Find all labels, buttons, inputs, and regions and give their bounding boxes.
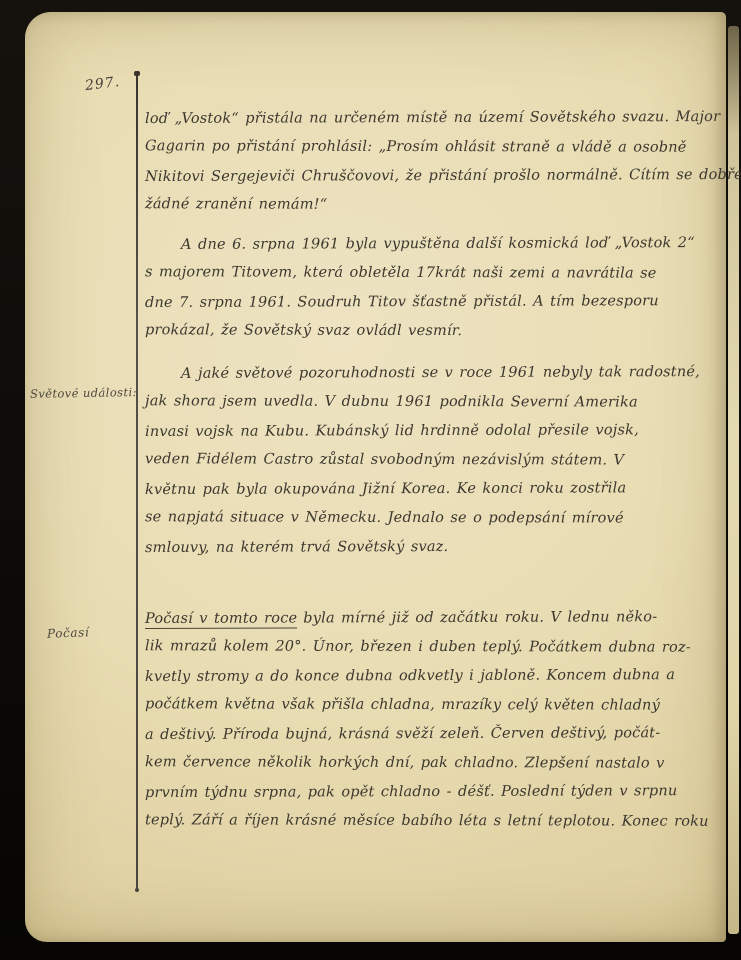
text-line: kvetly stromy a do konce dubna odkvetly …	[145, 661, 719, 692]
paragraph-vostok-landing: loď „Vostok“ přistála na určeném místě n…	[145, 104, 719, 220]
text-line: prvním týdnu srpna, pak opět chladno - d…	[145, 777, 719, 808]
text-line: žádné zranění nemám!“	[145, 190, 719, 221]
text-line: Gagarin po přistání prohlásil: „Prosím o…	[145, 132, 719, 163]
paragraph-world-events: A jaké světové pozoruhodnosti se v roce …	[145, 359, 719, 562]
text-line: teplý. Září a říjen krásné měsíce babího…	[145, 806, 719, 837]
text-line-rest: byla mírné již od začátku roku. V lednu …	[303, 609, 657, 626]
text-line: počátkem května však přišla chladna, mra…	[145, 690, 719, 721]
chronicle-page: 297. Světové události: Počasí loď „Vosto…	[25, 12, 726, 942]
page-number: 297.	[84, 74, 121, 94]
text-line: jak shora jsem uvedla. V dubnu 1961 podn…	[145, 387, 719, 418]
text-line: smlouvy, na kterém trvá Sovětský svaz.	[145, 532, 719, 563]
next-page-edge	[728, 26, 739, 934]
text-line: veden Fidélem Castro zůstal svobodným ne…	[145, 445, 719, 476]
text-line: A dne 6. srpna 1961 byla vypuštěna další…	[145, 229, 719, 260]
text-line: dne 7. srpna 1961. Soudruh Titov šťastně…	[145, 287, 719, 318]
margin-note-weather: Počasí	[47, 625, 90, 640]
text-line: se napjatá situace v Německu. Jednalo se…	[145, 503, 719, 534]
text-line: Nikitovi Sergejeviči Chruščovovi, že při…	[145, 161, 719, 192]
text-line: invasi vojsk na Kubu. Kubánský lid hrdin…	[145, 416, 719, 447]
underlined-heading: Počasí v tomto roce	[145, 610, 297, 629]
text-line: Počasí v tomto rocebyla mírné již od zač…	[145, 603, 719, 634]
text-line: lik mrazů kolem 20°. Únor, březen i dube…	[145, 632, 719, 663]
text-line: A jaké světové pozoruhodnosti se v roce …	[145, 358, 719, 389]
scan-background: 297. Světové události: Počasí loď „Vosto…	[0, 0, 741, 960]
handwritten-text: loď „Vostok“ přistála na určeném místě n…	[145, 104, 719, 836]
text-line: kem července několik horkých dní, pak ch…	[145, 748, 719, 779]
text-line: květnu pak byla okupována Jižní Korea. K…	[145, 474, 719, 505]
text-line: prokázal, že Sovětský svaz ovládl vesmír…	[145, 316, 719, 347]
margin-rule-line	[136, 74, 138, 890]
paragraph-vostok-2: A dne 6. srpna 1961 byla vypuštěna další…	[145, 230, 719, 346]
paragraph-weather: Počasí v tomto rocebyla mírné již od zač…	[145, 604, 719, 836]
margin-note-world-events: Světové události:	[30, 385, 137, 401]
text-line: loď „Vostok“ přistála na určeném místě n…	[145, 103, 719, 134]
text-line: s majorem Titovem, která obletěla 17krát…	[145, 258, 719, 289]
text-line: a deštivý. Příroda bujná, krásná svěží z…	[145, 719, 719, 750]
